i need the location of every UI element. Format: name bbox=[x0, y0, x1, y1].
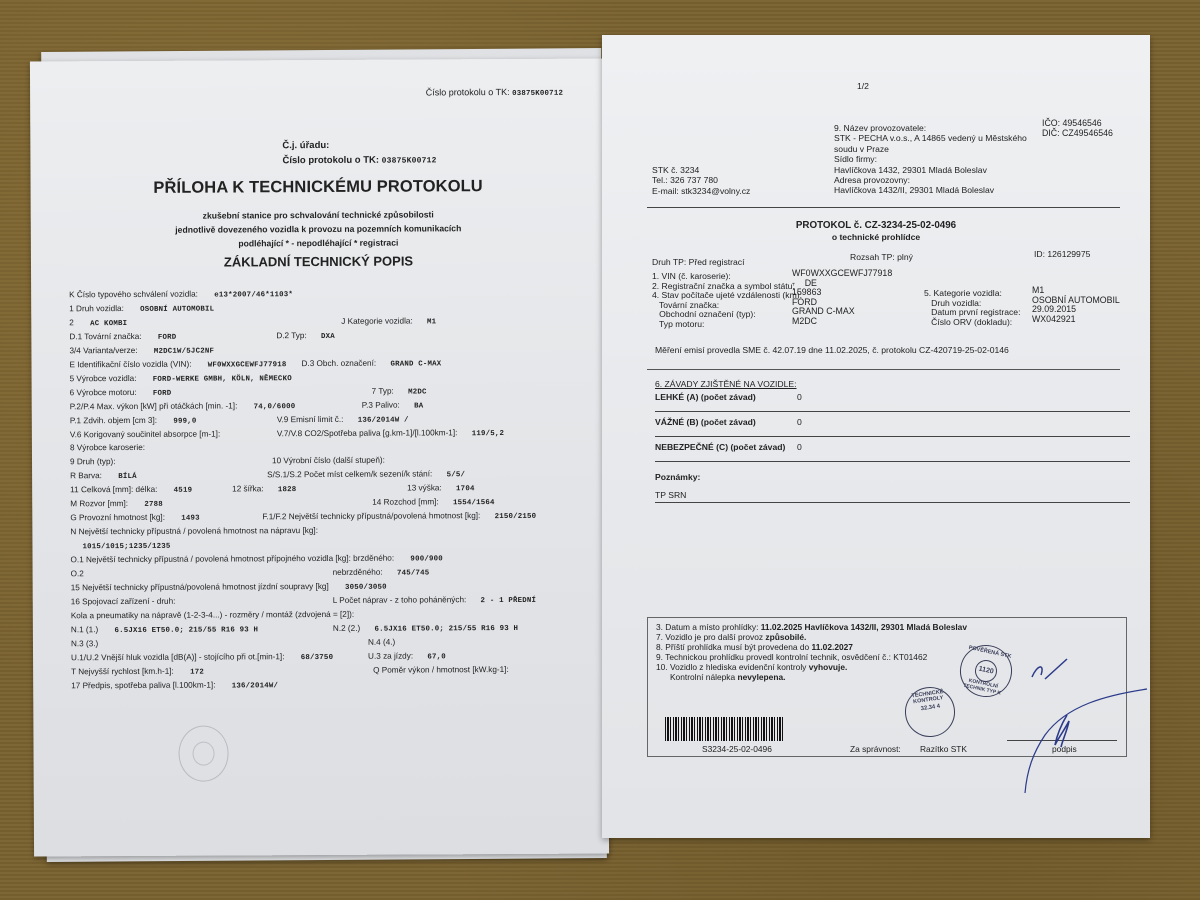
table-row-col2: N.2 (2.) 6.5JX16 ET50.0; 215/55 R16 93 H bbox=[333, 623, 518, 634]
field-label: 8 Výrobce karoserie: bbox=[70, 443, 145, 452]
field-label: N.4 (4.) bbox=[368, 637, 395, 646]
field-value: 74,0/6000 bbox=[254, 403, 296, 411]
field-value: e13*2007/46*1103* bbox=[214, 291, 293, 299]
protocol-value: 03875K00712 bbox=[382, 156, 437, 165]
field-label: E Identifikační číslo vozidla (VIN): bbox=[69, 359, 191, 369]
office-reference: Č.j. úřadu: bbox=[282, 140, 329, 151]
field-label: nebrzděného: bbox=[333, 568, 383, 577]
faint-stamp-imprint bbox=[178, 725, 228, 781]
field-value: M2DC1W/5JC2NF bbox=[154, 347, 214, 355]
result-line: 8. Příští prohlídka musí být provedena d… bbox=[656, 642, 967, 652]
field-label: S/S.1/S.2 Počet míst celkem/k sezení/k s… bbox=[267, 470, 432, 480]
field-label: 17 Předpis, spotřeba paliva [l.100km-1]: bbox=[71, 680, 215, 690]
defect-row-dangerous: NEBEZPEČNÉ (C) (počet závad) 0 bbox=[655, 438, 1130, 462]
field-value: 900/900 bbox=[410, 555, 442, 563]
table-row: O.2 bbox=[71, 569, 98, 579]
field-value: 172 bbox=[190, 668, 204, 676]
inspection-scope: Rozsah TP: plný bbox=[850, 252, 913, 262]
field-label: D.3 Obch. označení: bbox=[301, 358, 376, 367]
table-row: V.6 Korigovaný součinitel absorpce [m-1]… bbox=[70, 429, 234, 440]
field-value: 5/5/ bbox=[447, 472, 466, 480]
field-label: N Největší technicky přípustná / povolen… bbox=[70, 526, 318, 536]
document-title: PŘÍLOHA K TECHNICKÉMU PROTOKOLU bbox=[31, 176, 606, 198]
field-value: FORD bbox=[153, 389, 172, 397]
result-line: 10. Vozidlo z hlediska evidenční kontrol… bbox=[656, 662, 967, 672]
table-row: 11 Celková [mm]: délka: 4519 bbox=[70, 485, 192, 496]
field-value: M2DC bbox=[408, 388, 427, 396]
table-row: P.1 Zdvih. objem [cm 3]: 999,0 bbox=[70, 415, 197, 426]
vehicle-field-value: WX042921 bbox=[1032, 315, 1120, 325]
result-text: 10. Vozidlo z hlediska evidenční kontrol… bbox=[656, 662, 809, 672]
table-row-col2: 7 Typ: M2DC bbox=[372, 386, 427, 396]
defect-count: 0 bbox=[797, 417, 802, 427]
field-label: R Barva: bbox=[70, 471, 102, 480]
field-value: 136/2014W / bbox=[358, 416, 409, 424]
inspection-kind: Druh TP: Před registrací bbox=[652, 257, 745, 267]
table-row: G Provozní hmotnost [kg]: 1493 bbox=[70, 513, 200, 524]
stamp-label: Razítko STK bbox=[920, 744, 967, 754]
defect-row-light: LEHKÉ (A) (počet závad) 0 bbox=[655, 388, 1130, 412]
field-value: 136/2014W/ bbox=[232, 682, 278, 690]
result-line: 7. Vozidlo je pro další provoz způsobilé… bbox=[656, 632, 967, 642]
seat-address: Havlíčkova 1432, 29301 Mladá Boleslav bbox=[834, 165, 1027, 175]
table-row-col2: F.1/F.2 Největší technicky přípustná/pov… bbox=[262, 511, 536, 522]
result-text: Kontrolní nálepka bbox=[656, 672, 737, 682]
divider bbox=[647, 207, 1120, 208]
ico: IČO: 49546546 bbox=[1042, 118, 1113, 128]
table-row: N Největší technicky přípustná / povolen… bbox=[70, 526, 332, 537]
result-text: 7. Vozidlo je pro další provoz bbox=[656, 632, 765, 642]
field-label: 3/4 Varianta/verze: bbox=[69, 346, 137, 355]
technical-protocol-annex: Číslo protokolu o TK: 03875K00712 Č.j. ú… bbox=[30, 59, 609, 857]
protocol-number: Číslo protokolu o TK: 03875K00712 bbox=[282, 154, 436, 166]
field-value: 1828 bbox=[278, 486, 297, 494]
vehicle-values-2: M1OSOBNÍ AUTOMOBIL29.09.2015WX042921 bbox=[1032, 286, 1120, 324]
section-title: ZÁKLADNÍ TECHNICKÝ POPIS bbox=[31, 252, 606, 270]
table-row-col2: U.3 za jízdy: 67,0 bbox=[368, 651, 446, 661]
barcode-text: S3234-25-02-0496 bbox=[702, 744, 772, 754]
field-value: 3050/3050 bbox=[345, 584, 387, 592]
result-emphasis: 11.02.2025 Havlíčkova 1432/II, 29301 Mla… bbox=[761, 622, 967, 632]
table-row-col2: J Kategorie vozidla: M1 bbox=[341, 316, 436, 326]
protocol-label: Číslo protokolu o TK: bbox=[282, 155, 379, 167]
table-row: 5 Výrobce vozidla: FORD-WERKE GMBH, KÖLN… bbox=[70, 373, 292, 384]
table-row-col2: N.4 (4.) bbox=[368, 637, 407, 647]
field-value: OSOBNÍ AUTOMOBIL bbox=[140, 305, 214, 313]
field-value: 6.5JX16 ET50.0; 215/55 R16 93 H bbox=[114, 626, 258, 635]
table-row: U.1/U.2 Vnější hluk vozidla [dB(A)] - st… bbox=[71, 652, 333, 663]
table-row: 8 Výrobce karoserie: bbox=[70, 443, 159, 453]
operator-name: soudu v Praze bbox=[834, 144, 1027, 154]
field-label: 9 Druh (typ): bbox=[70, 457, 116, 466]
field-value: 119/5,2 bbox=[472, 430, 504, 438]
page-number: 1/2 bbox=[857, 81, 869, 91]
defect-label: LEHKÉ (A) (počet závad) bbox=[655, 392, 756, 402]
premises-label: Adresa provozovny: bbox=[834, 175, 1027, 185]
field-label: Kola a pneumatiky na nápravě (1-2-3-4...… bbox=[71, 610, 354, 620]
notes-value: TP SRN bbox=[655, 490, 686, 500]
result-line: Kontrolní nálepka nevylepena. bbox=[656, 672, 967, 682]
table-row: 6 Výrobce motoru: FORD bbox=[70, 387, 172, 398]
vehicle-field-label: Číslo ORV (dokladu): bbox=[924, 318, 1020, 328]
table-row: T Nejvyšší rychlost [km.h-1]: 172 bbox=[71, 666, 204, 677]
table-row-col2: S/S.1/S.2 Počet míst celkem/k sezení/k s… bbox=[267, 470, 465, 481]
header-protocol-value: 03875K00712 bbox=[512, 90, 563, 98]
field-label: V.9 Emisní limit č.: bbox=[277, 414, 344, 423]
field-value: 1554/1564 bbox=[453, 499, 495, 507]
defect-count: 0 bbox=[797, 392, 802, 402]
table-row: D.1 Tovární značka: FORD bbox=[69, 332, 176, 343]
defect-label: VÁŽNÉ (B) (počet závad) bbox=[655, 417, 756, 427]
field-label: 16 Spojovací zařízení - druh: bbox=[71, 597, 176, 607]
vehicle-field-value: M2DC bbox=[792, 317, 892, 327]
operator-info: 9. Název provozovatele: STK - PECHA v.o.… bbox=[834, 123, 1027, 196]
divider bbox=[647, 369, 1120, 370]
field-value: AC KOMBI bbox=[90, 320, 127, 328]
field-label: 7 Typ: bbox=[372, 386, 394, 395]
field-label: G Provozní hmotnost [kg]: bbox=[70, 513, 165, 522]
field-label: 10 Výrobní číslo (další stupeň): bbox=[272, 456, 385, 466]
subtitle-line: zkušební stanice pro schvalování technic… bbox=[31, 208, 606, 221]
vehicle-labels: 1. VIN (č. karoserie):2. Registrační zna… bbox=[652, 272, 802, 330]
table-row: N.1 (1.) 6.5JX16 ET50.0; 215/55 R16 93 H bbox=[71, 624, 258, 635]
vehicle-values: WF0WXXGCEWFJ77918- DE159863FORDGRAND C-M… bbox=[792, 269, 892, 327]
subtitle-line: jednotlivě dovezeného vozidla k provozu … bbox=[31, 222, 606, 235]
table-row-col2: V.9 Emisní limit č.: 136/2014W / bbox=[277, 414, 409, 425]
emissions-note: Měření emisí provedla SME č. 42.07.19 dn… bbox=[655, 345, 1009, 355]
station-phone: Tel.: 326 737 780 bbox=[652, 175, 750, 185]
field-label: F.1/F.2 Největší technicky přípustná/pov… bbox=[262, 511, 480, 521]
barcode-icon bbox=[665, 717, 785, 741]
signature-icon bbox=[997, 685, 1152, 795]
field-value: 6.5JX16 ET50.0; 215/55 R16 93 H bbox=[374, 625, 518, 634]
field-label: D.1 Tovární značka: bbox=[69, 332, 141, 341]
initials-signature-icon bbox=[1027, 655, 1077, 685]
table-row: O.1 Největší technicky přípustná / povol… bbox=[71, 553, 443, 565]
field-label: P.3 Palivo: bbox=[362, 400, 400, 409]
field-label: 14 Rozchod [mm]: bbox=[372, 498, 438, 507]
inspection-protocol: 1/2 9. Název provozovatele: STK - PECHA … bbox=[602, 35, 1150, 838]
field-label: Q Poměr výkon / hmotnost [kW.kg-1]: bbox=[373, 665, 509, 675]
field-value: 67,0 bbox=[427, 653, 446, 661]
field-label: N.1 (1.) bbox=[71, 625, 98, 634]
defect-label: NEBEZPEČNÉ (C) (počet závad) bbox=[655, 442, 785, 452]
dic: DIČ: CZ49546546 bbox=[1042, 128, 1113, 138]
field-value: 1493 bbox=[181, 515, 200, 523]
header-protocol-label: Číslo protokolu o TK: bbox=[426, 87, 510, 97]
field-label: O.1 Největší technicky přípustná / povol… bbox=[71, 554, 395, 565]
table-row-col2: P.3 Palivo: BA bbox=[362, 400, 424, 410]
field-label: 11 Celková [mm]: délka: bbox=[70, 485, 157, 494]
table-row: 2 AC KOMBI bbox=[69, 318, 127, 328]
table-row: 16 Spojovací zařízení - druh: bbox=[71, 597, 190, 608]
result-emphasis: způsobilé. bbox=[765, 632, 806, 642]
field-label: U.3 za jízdy: bbox=[368, 651, 413, 660]
table-row: 1 Druh vozidla: OSOBNÍ AUTOMOBIL bbox=[69, 303, 214, 314]
result-emphasis: 11.02.2027 bbox=[812, 642, 853, 652]
table-row-col2: D.2 Typ: DXA bbox=[276, 331, 335, 341]
result-line: 9. Technickou prohlídku provedl kontroln… bbox=[656, 652, 967, 662]
field-label: P.2/P.4 Max. výkon [kW] při otáčkách [mi… bbox=[70, 401, 238, 411]
table-row: N.3 (3.) bbox=[71, 639, 112, 649]
field-label: T Nejvyšší rychlost [km.h-1]: bbox=[71, 666, 174, 676]
station-number: STK č. 3234 bbox=[652, 165, 750, 175]
field-value: BA bbox=[414, 402, 423, 410]
divider bbox=[655, 502, 1130, 503]
table-row-col2: Q Poměr výkon / hmotnost [kW.kg-1]: bbox=[373, 665, 521, 676]
company-ids: IČO: 49546546 DIČ: CZ49546546 bbox=[1042, 118, 1113, 139]
inspection-result-lines: 3. Datum a místo prohlídky: 11.02.2025 H… bbox=[656, 622, 967, 682]
table-row: K Číslo typového schválení vozidla: e13*… bbox=[69, 289, 293, 300]
protocol-title: PROTOKOL č. CZ-3234-25-02-0496 bbox=[602, 220, 1150, 231]
result-text: 3. Datum a místo prohlídky: bbox=[656, 622, 761, 632]
table-row: M Rozvor [mm]: 2788 bbox=[70, 499, 163, 509]
stamp-center-text: 32.34 4 bbox=[919, 700, 944, 725]
field-value: 1015/1015;1235/1235 bbox=[82, 543, 170, 551]
field-label: O.2 bbox=[71, 569, 84, 578]
result-line: 3. Datum a místo prohlídky: 11.02.2025 H… bbox=[656, 622, 967, 632]
seat-label: Sídlo firmy: bbox=[834, 154, 1027, 164]
field-label: 1 Druh vozidla: bbox=[69, 304, 124, 313]
subtitle-line: podléhající * - nepodléhající * registra… bbox=[31, 236, 606, 249]
table-row-col2: L Počet náprav - z toho poháněných: 2 - … bbox=[333, 595, 536, 606]
premises-address: Havlíčkova 1432/II, 29301 Mladá Boleslav bbox=[834, 185, 1027, 195]
field-value: 2150/2150 bbox=[495, 513, 537, 521]
field-label: U.1/U.2 Vnější hluk vozidla [dB(A)] - st… bbox=[71, 652, 284, 662]
correctness-label: Za správnost: bbox=[850, 744, 901, 754]
table-row-col2: 14 Rozchod [mm]: 1554/1564 bbox=[372, 497, 494, 508]
field-value: BÍLÁ bbox=[118, 473, 137, 481]
field-label: V.6 Korigovaný součinitel absorpce [m-1]… bbox=[70, 429, 220, 439]
field-label: 6 Výrobce motoru: bbox=[70, 388, 137, 397]
table-row: R Barva: BÍLÁ bbox=[70, 471, 137, 481]
header-protocol-number: Číslo protokolu o TK: 03875K00712 bbox=[426, 87, 563, 99]
field-label: N.2 (2.) bbox=[333, 624, 360, 633]
field-value: 1704 bbox=[456, 485, 475, 493]
operator-label: 9. Název provozovatele: bbox=[834, 123, 1027, 133]
field-value: 745/745 bbox=[397, 569, 429, 577]
field-label: K Číslo typového schválení vozidla: bbox=[69, 290, 198, 300]
table-row-col2: nebrzděného: 745/745 bbox=[333, 567, 430, 578]
field-value: M1 bbox=[427, 318, 436, 326]
field-value: DXA bbox=[321, 333, 335, 341]
station-email: E-mail: stk3234@volny.cz bbox=[652, 186, 750, 196]
field-label: P.1 Zdvih. objem [cm 3]: bbox=[70, 415, 157, 424]
field-value: 999,0 bbox=[173, 417, 196, 425]
defect-row-serious: VÁŽNÉ (B) (počet závad) 0 bbox=[655, 413, 1130, 437]
field-value: GRAND C-MAX bbox=[390, 360, 441, 368]
field-label: D.2 Typ: bbox=[276, 331, 306, 340]
field-value: 2788 bbox=[144, 501, 163, 509]
field-value: FORD bbox=[158, 334, 177, 342]
table-row-col2: V.7/V.8 CO2/Spotřeba paliva [g.km-1]/[l.… bbox=[277, 428, 504, 439]
result-text: 9. Technickou prohlídku provedl kontroln… bbox=[656, 652, 927, 662]
field-value: 4519 bbox=[174, 487, 193, 495]
field-value: 2 - 1 PŘEDNÍ bbox=[481, 597, 537, 605]
table-row-col2: 10 Výrobní číslo (další stupeň): bbox=[272, 456, 397, 467]
inspection-id: ID: 126129975 bbox=[1034, 249, 1090, 259]
notes-label: Poznámky: bbox=[655, 472, 700, 482]
field-label: L Počet náprav - z toho poháněných: bbox=[333, 595, 467, 605]
protocol-subtitle: o technické prohlídce bbox=[602, 232, 1150, 242]
field-value: WF0WXXGCEWFJ77918 bbox=[208, 361, 287, 369]
field-label: 15 Největší technicky přípustná/povolená… bbox=[71, 582, 329, 592]
result-text: 8. Příští prohlídka musí být provedena d… bbox=[656, 642, 812, 652]
station-contact: STK č. 3234 Tel.: 326 737 780 E-mail: st… bbox=[652, 165, 750, 196]
field-label: V.7/V.8 CO2/Spotřeba paliva [g.km-1]/[l.… bbox=[277, 428, 458, 438]
field-label: N.3 (3.) bbox=[71, 639, 98, 648]
table-row-col2: D.3 Obch. označení: GRAND C-MAX bbox=[301, 358, 441, 369]
table-row: 3/4 Varianta/verze: M2DC1W/5JC2NF bbox=[69, 345, 214, 356]
result-emphasis: vyhovuje. bbox=[809, 662, 848, 672]
field-label: 2 bbox=[69, 318, 74, 327]
field-label: J Kategorie vozidla: bbox=[341, 316, 412, 325]
table-row-col3: 13 výška: 1704 bbox=[407, 483, 474, 493]
table-row: P.2/P.4 Max. výkon [kW] při otáčkách [mi… bbox=[70, 401, 296, 412]
table-row: 1015/1015;1235/1235 bbox=[82, 541, 170, 551]
table-row: 17 Předpis, spotřeba paliva [l.100km-1]:… bbox=[71, 680, 278, 691]
field-value: FORD-WERKE GMBH, KÖLN, NĚMECKO bbox=[153, 375, 292, 384]
field-value: 68/3750 bbox=[301, 654, 333, 662]
table-row: 15 Největší technicky přípustná/povolená… bbox=[71, 582, 387, 594]
table-row: Kola a pneumatiky na nápravě (1-2-3-4...… bbox=[71, 610, 368, 622]
result-emphasis: nevylepena. bbox=[737, 672, 785, 682]
vehicle-labels-2: 5. Kategorie vozidla: Druh vozidla: Datu… bbox=[924, 289, 1020, 327]
field-label: 12 šířka: bbox=[232, 485, 263, 494]
vehicle-field-label: Typ motoru: bbox=[652, 320, 802, 330]
field-label: M Rozvor [mm]: bbox=[70, 499, 128, 508]
defect-count: 0 bbox=[797, 442, 802, 452]
operator-name: STK - PECHA v.o.s., A 14865 vedený u Měs… bbox=[834, 133, 1027, 143]
table-row: 9 Druh (typ): bbox=[70, 457, 130, 467]
table-row: E Identifikační číslo vozidla (VIN): WF0… bbox=[69, 359, 286, 370]
table-row-col2: 12 šířka: 1828 bbox=[232, 484, 296, 494]
field-label: 5 Výrobce vozidla: bbox=[70, 374, 137, 383]
field-label: 13 výška: bbox=[407, 484, 442, 493]
